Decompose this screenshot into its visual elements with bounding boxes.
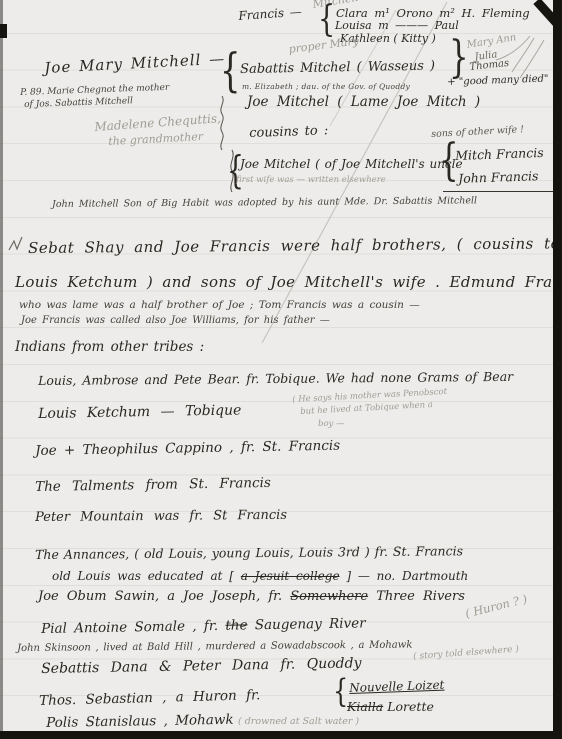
grandmother-note-line2: the grandmother	[108, 131, 203, 148]
photo-edge-bottom	[0, 731, 562, 739]
cousins-to-heading: cousins to :	[249, 124, 329, 141]
mitch-francis-line: Mitch Francis	[455, 146, 544, 163]
joe-mitchel-pencil-note: first wife was — written elsewhere	[236, 176, 386, 185]
obum-sawin-strike: Somewhere	[290, 589, 368, 604]
dana-line: Sebattis Dana & Peter Dana fr. Quoddy	[41, 656, 362, 677]
annances-line: The Annances, ( old Louis, young Louis, …	[35, 544, 463, 561]
obum-sawin-end: Three Rivers	[368, 589, 465, 604]
paragraph-line2: Louis Ketchum ) and sons of Joe Mitchell…	[15, 274, 562, 291]
tribes-heading: Indians from other tribes :	[15, 340, 204, 355]
obum-sawin-start: Joe Obum Sawin, a Joe Joseph, fr.	[38, 589, 290, 604]
pial-antoine-strike: the	[225, 617, 247, 633]
good-many-died-note: + "good many died"	[447, 73, 549, 88]
joe-mary-mitchell-heading: Joe Mary Mitchell —	[44, 51, 226, 77]
pial-antoine-start: Pial Antoine Somale , fr.	[41, 618, 226, 637]
sabattis-mitchel-line: Sabattis Mitchel ( Wasseus )	[240, 60, 435, 78]
talments-line: The Talments from St. Francis	[35, 476, 271, 495]
lorette-text: Lorette	[383, 699, 434, 714]
sebastian-line: Thos. Sebastian , a Huron fr.	[39, 688, 261, 709]
joe-mitchel-line: Joe Mitchel ( Lame Joe Mitch )	[247, 95, 480, 110]
margin-checkmark	[9, 237, 22, 250]
skinsoon-line: John Skinsoon , lived at Bald Hill , mur…	[17, 640, 412, 654]
polis-pencil-note: ( drowned at Salt water )	[238, 717, 359, 727]
brace-lorette: {	[333, 677, 348, 706]
right-child-mary-ann: Mary Ann	[466, 32, 517, 51]
louis-ketchum-line: Louis Ketchum — Tobique	[38, 403, 242, 422]
annances-education-end: ] — no. Dartmouth	[340, 569, 469, 583]
pencil-note-proper-mary: proper Mary	[288, 35, 359, 56]
ketchum-pencil-note3: boy —	[318, 420, 345, 429]
peter-mountain-line: Peter Mountain was fr. St Francis	[35, 509, 287, 525]
pial-antoine-end: Saugenay River	[247, 615, 365, 633]
lorette-line: Kialla Lorette	[347, 700, 434, 714]
pial-antoine-line: Pial Antoine Somale , fr. the Saugenay R…	[41, 616, 366, 637]
photo-edge-right	[553, 0, 562, 739]
underline-john-francis	[443, 191, 557, 192]
annances-education-start: old Louis was educated at [	[52, 569, 241, 583]
adoption-note: John Mitchell Son of Big Habit was adopt…	[52, 196, 477, 210]
annances-education-strike: a Jesuit college	[241, 569, 340, 583]
paragraph-line1: Sebat Shay and Joe Francis were half bro…	[28, 235, 560, 256]
nouvelle-loizet-line: Nouvelle Loizet	[349, 679, 445, 696]
brace-francis-children: {	[318, 4, 335, 36]
annances-education-line: old Louis was educated at [ a Jesuit col…	[52, 570, 468, 583]
child-louisa: Louisa m ——— Paul	[335, 20, 459, 32]
bear-family-line: Louis, Ambrose and Pete Bear. fr. Tobiqu…	[38, 370, 513, 388]
paragraph-line4: Joe Francis was called also Joe Williams…	[21, 315, 330, 326]
francis-label: Francis —	[238, 6, 302, 24]
cappino-line: Joe + Theophilus Cappino , fr. St. Franc…	[35, 439, 340, 459]
lorette-strike: Kialla	[347, 699, 383, 714]
photo-edge-left-nub	[0, 24, 7, 38]
john-francis-line: John Francis	[458, 169, 539, 186]
joe-mitchel-cousins-line: Joe Mitchel ( of Joe Mitchell's uncle	[240, 158, 463, 171]
notebook-page: Mitchell Francis — { Clara m¹ Orono m² H…	[0, 0, 562, 739]
child-clara: Clara m¹ Orono m² H. Fleming	[336, 7, 530, 20]
p89-note-line2: of Jos. Sabattis Mitchell	[24, 97, 133, 111]
story-told-elsewhere-note: ( story told elsewhere )	[413, 646, 519, 663]
paragraph-line3: who was lame was a half brother of Joe ;…	[19, 300, 420, 312]
brace-mitchell-group: {	[220, 50, 240, 91]
obum-sawin-line: Joe Obum Sawin, a Joe Joseph, fr. Somewh…	[38, 590, 465, 604]
huron-question-note: ( Huron ? )	[464, 593, 529, 621]
photo-edge-left	[0, 0, 3, 739]
sabattis-marriage-note: m. Elizabeth ; dau. of the Gov. of Quodd…	[242, 83, 410, 91]
polis-stanislaus-line: Polis Stanislaus , Mohawk	[46, 713, 234, 731]
